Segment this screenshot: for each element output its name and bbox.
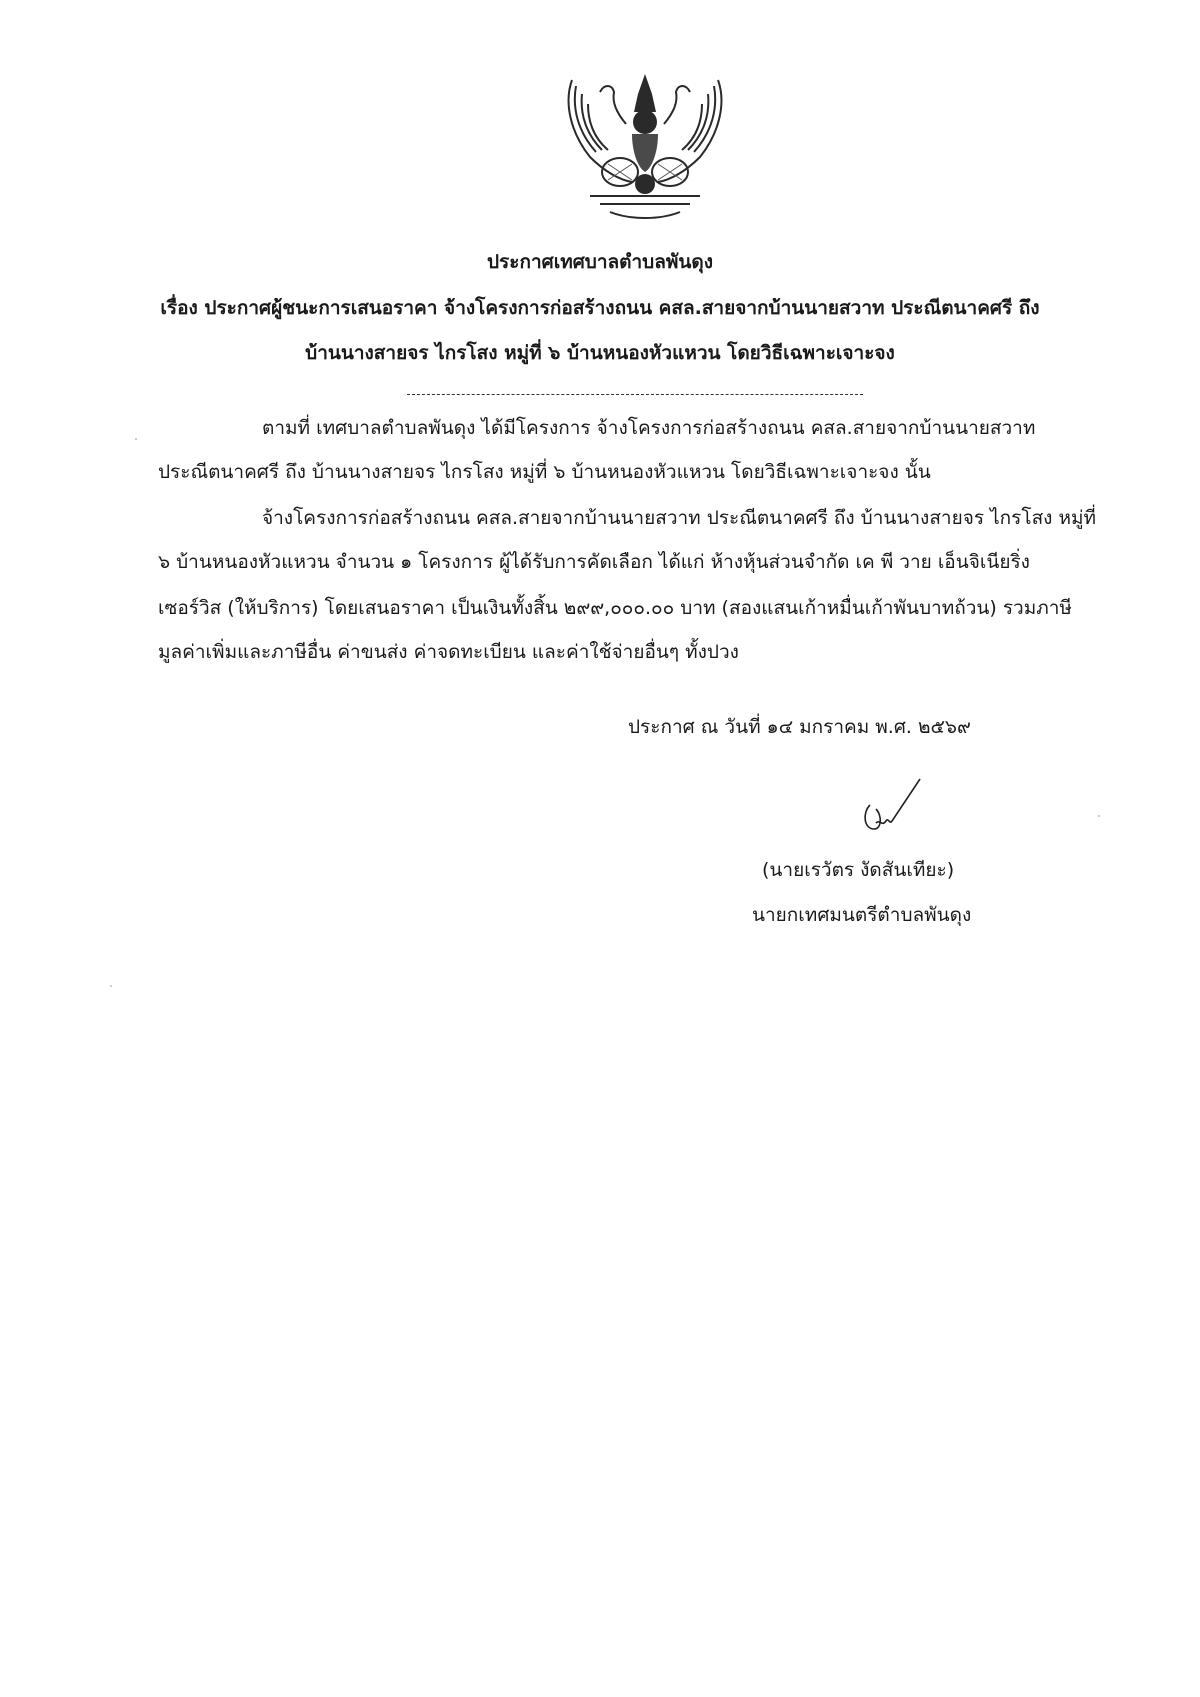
body-paragraph-line: มูลค่าเพิ่มและภาษีอื่น ค่าขนส่ง ค่าจดทะเ… xyxy=(158,639,739,665)
document-title: ประกาศเทศบาลตำบลพันดุง xyxy=(0,249,1200,275)
body-paragraph-line: เซอร์วิส (ให้บริการ) โดยเสนอราคา เป็นเงิ… xyxy=(158,595,1072,621)
signer-name: (นายเรวัตร งัดสันเทียะ) xyxy=(762,857,954,883)
document-subject-line-2: บ้านนางสายจร ไกรโสง หมู่ที่ ๖ บ้านหนองหั… xyxy=(0,340,1200,366)
body-paragraph-line: ๖ บ้านหนองหัวแหวน จำนวน ๑ โครงการ ผู้ได้… xyxy=(158,549,1030,575)
scan-speck xyxy=(135,438,137,440)
title-divider xyxy=(407,394,863,395)
body-paragraph-line: จ้างโครงการก่อสร้างถนน คสล.สายจากบ้านนาย… xyxy=(262,505,1096,531)
signer-position: นายกเทศมนตรีตำบลพันดุง xyxy=(752,902,971,928)
scan-speck xyxy=(110,985,112,987)
scan-speck xyxy=(1098,815,1100,817)
body-paragraph-line: ตามที่ เทศบาลตำบลพันดุง ได้มีโครงการ จ้า… xyxy=(262,415,1035,441)
signature-icon xyxy=(858,775,928,835)
document-subject-line-1: เรื่อง ประกาศผู้ชนะการเสนอราคา จ้างโครงก… xyxy=(0,295,1200,321)
document-page: ประกาศเทศบาลตำบลพันดุง เรื่อง ประกาศผู้ช… xyxy=(0,0,1200,1697)
body-paragraph-line: ประณีตนาคศรี ถึง บ้านนางสายจร ไกรโสง หมู… xyxy=(158,459,931,485)
announcement-date: ประกาศ ณ วันที่ ๑๔ มกราคม พ.ศ. ๒๕๖๙ xyxy=(628,714,971,740)
garuda-emblem-icon xyxy=(560,72,730,222)
